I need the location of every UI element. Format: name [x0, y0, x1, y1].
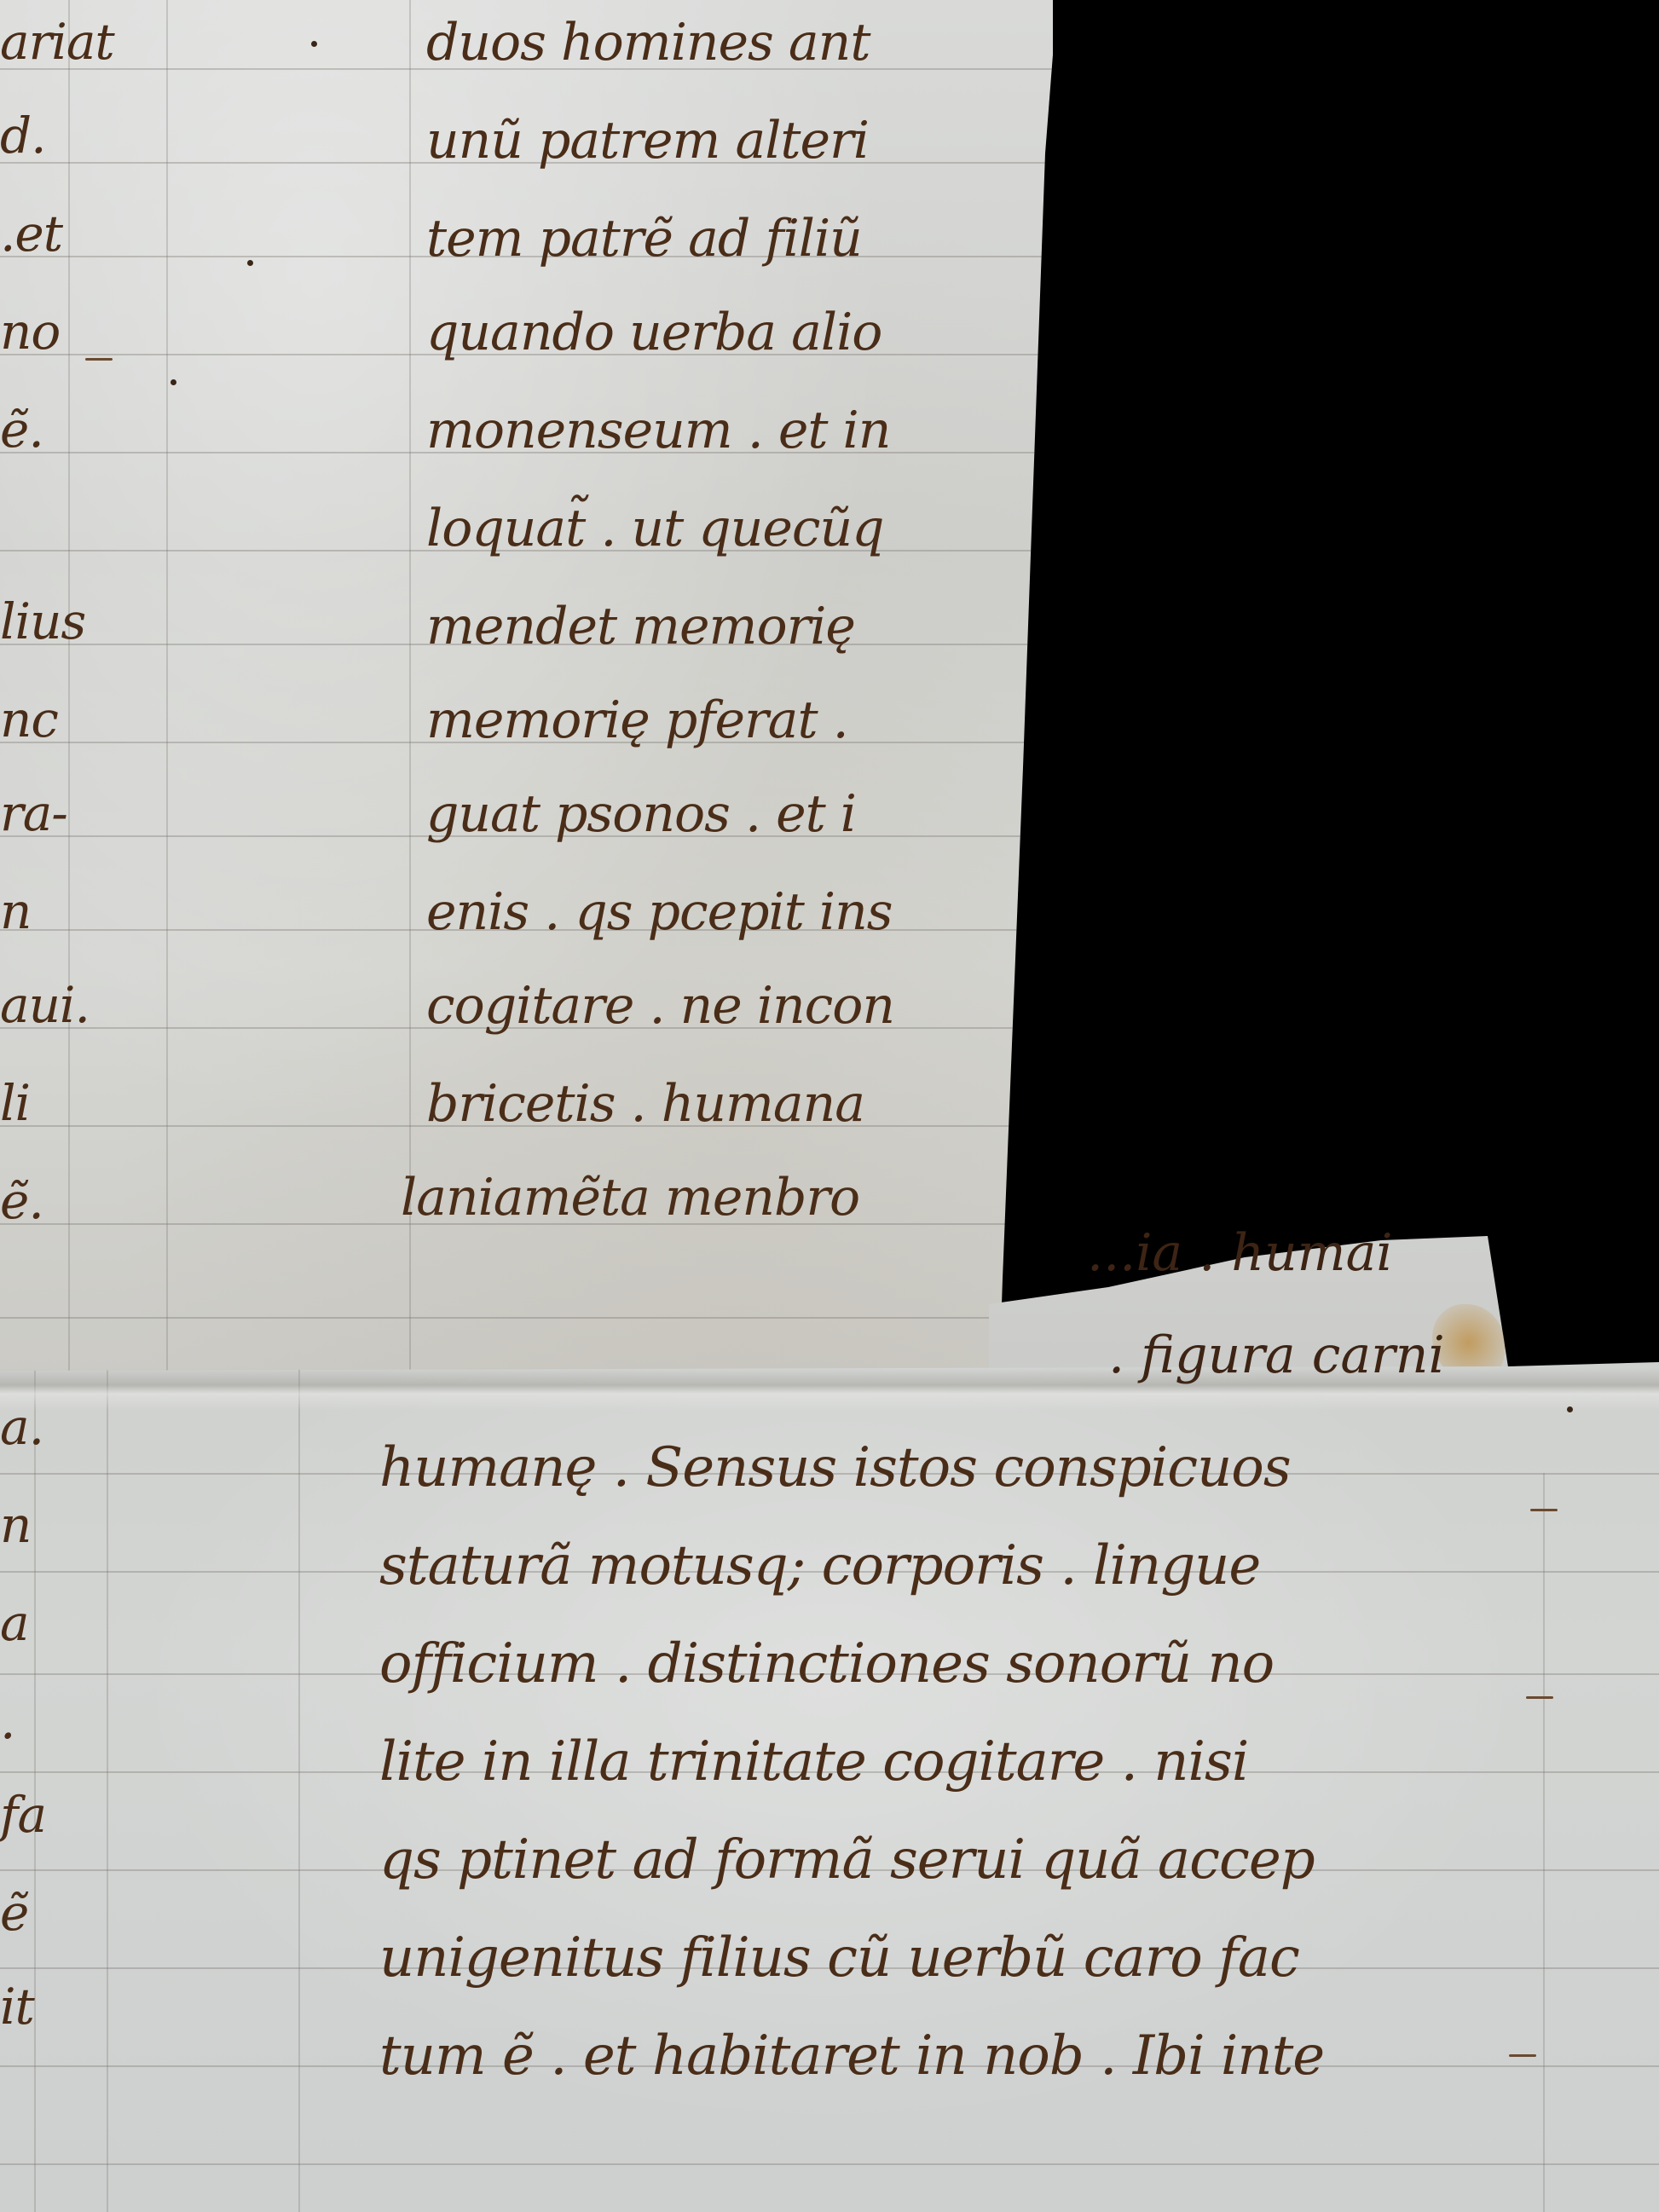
text-line: loquat̃ . ut quecũq — [426, 503, 884, 554]
text-line: memorię pferat . — [426, 695, 848, 746]
left-line: it — [0, 1982, 34, 2031]
line-filler-mark — [1509, 2054, 1536, 2057]
text-line: quando uerba alio — [426, 307, 882, 358]
text-line: officium . distinctiones sonorũ no — [379, 1637, 1274, 1691]
text-line: qs ptinet ad formã serui quã accep — [379, 1833, 1315, 1887]
text-line: humanę . Sensus istos conspicuos — [379, 1441, 1291, 1495]
text-line: mendet memorię — [426, 601, 855, 652]
text-line: guat psonos . et i — [426, 788, 856, 840]
text-line: tem patrẽ ad filiũ — [426, 213, 862, 264]
left-line: a. — [0, 1402, 43, 1452]
pricking-mark — [171, 379, 176, 385]
left-line: ẽ — [0, 1888, 28, 1938]
flap-text-line: ...ia . humai — [1087, 1227, 1393, 1279]
left-line: . — [0, 1696, 14, 1746]
line-filler-mark — [1526, 1696, 1553, 1699]
left-line: d. — [0, 111, 46, 160]
line-filler-mark — [85, 358, 113, 361]
left-line: no — [0, 307, 60, 356]
text-line: unũ patrem alteri — [426, 115, 869, 166]
left-line: li — [0, 1078, 30, 1128]
left-line: nc — [0, 695, 58, 744]
line-filler-mark — [1530, 1509, 1558, 1511]
pricking-mark — [247, 260, 253, 266]
left-line: .et — [0, 209, 62, 258]
text-line: duos homines ant — [426, 17, 870, 68]
pricking-mark — [311, 41, 317, 47]
text-line: cogitare . ne incon — [426, 980, 894, 1031]
left-line: n — [0, 887, 31, 936]
text-line: lite in illa trinitate cogitare . nisi — [379, 1735, 1248, 1789]
text-line: bricetis . humana — [426, 1078, 864, 1129]
left-line: ra- — [0, 788, 67, 838]
left-line: ẽ. — [0, 405, 43, 454]
left-line: n — [0, 1500, 31, 1550]
text-line: staturã motusq; corporis . lingue — [379, 1539, 1260, 1593]
text-line: tum ẽ . et habitaret in nob . Ibi inte — [379, 2029, 1324, 2083]
left-line: ẽ. — [0, 1176, 43, 1226]
left-line: lius — [0, 597, 85, 646]
text-line: enis . qs pcepit ins — [426, 887, 893, 938]
flap-text-line: . figura carni — [1108, 1330, 1445, 1381]
left-line: aui. — [0, 980, 90, 1030]
left-line: fa — [0, 1790, 46, 1839]
text-line: unigenitus filius cũ uerbũ caro fac — [379, 1931, 1299, 1985]
left-line: ariat — [0, 17, 114, 66]
pricking-mark — [1567, 1406, 1573, 1412]
text-line: laniamẽta menbro — [401, 1172, 859, 1223]
text-line: monenseum . et in — [426, 405, 890, 456]
left-line: a — [0, 1598, 29, 1648]
